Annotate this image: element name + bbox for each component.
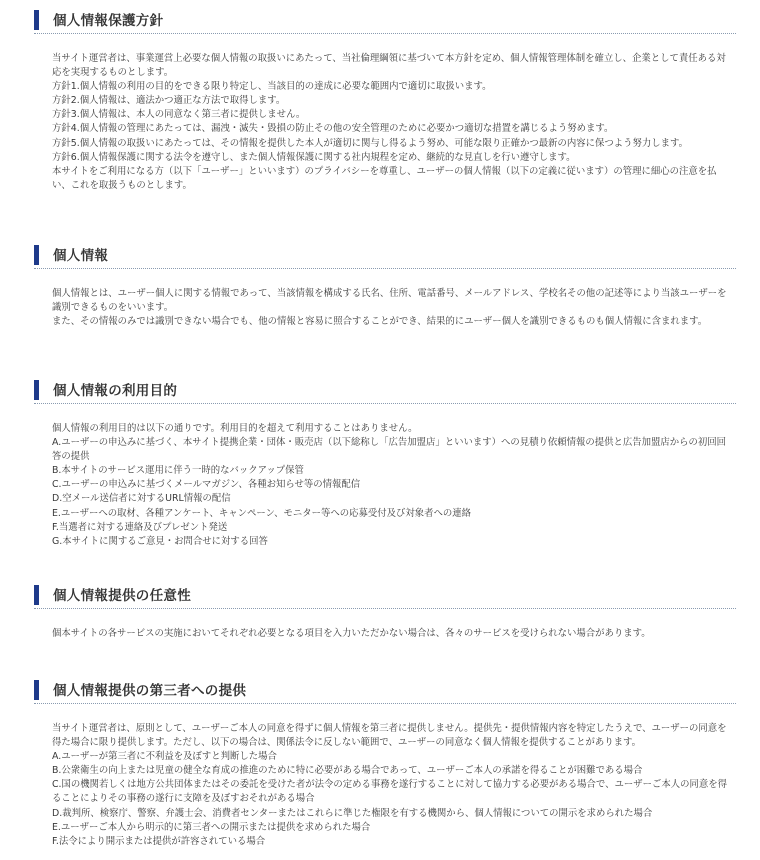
exception-item: F.法令により開示または提供が許容されている場合 [52, 835, 734, 849]
policy-item: 方針4.個人情報の管理にあたっては、漏洩・滅失・毀損の防止その他の安全管理のため… [52, 122, 734, 136]
paragraph: また、その情報のみでは識別できない場合でも、他の情報と容易に照合することができ、… [52, 315, 734, 329]
purpose-item: C.ユーザーの申込みに基づくメールマガジン、各種お知らせ等の情報配信 [52, 478, 734, 492]
purpose-item: B.本サイトのサービス運用に伴う一時的なバックアップ保管 [52, 464, 734, 478]
paragraph: 個人情報とは、ユーザー個人に関する情報であって、当該情報を構成する氏名、住所、電… [52, 287, 734, 315]
section-body: 個人情報とは、ユーザー個人に関する情報であって、当該情報を構成する氏名、住所、電… [34, 287, 736, 329]
heading-accent-bar [34, 680, 39, 700]
section-title: 個人情報提供の任意性 [53, 584, 191, 604]
section-heading: 個人情報の利用目的 [34, 377, 736, 404]
section-personal-information: 個人情報 個人情報とは、ユーザー個人に関する情報であって、当該情報を構成する氏名… [34, 242, 736, 329]
section-title: 個人情報 [53, 244, 108, 264]
section-title: 個人情報の利用目的 [53, 379, 177, 399]
exception-item: C.国の機関若しくは地方公共団体またはその委託を受けた者が法令の定める事務を遂行… [52, 778, 734, 806]
section-privacy-policy: 個人情報保護方針 当サイト運営者は、事業運営上必要な個人情報の取扱いにあたって、… [34, 7, 736, 193]
section-voluntary-provision: 個人情報提供の任意性 個本サイトの各サービスの実施においてそれぞれ必要となる項目… [34, 582, 736, 641]
policy-item: 方針6.個人情報保護に関する法令を遵守し、また個人情報保護に関する社内規程を定め… [52, 151, 734, 165]
purpose-item: A.ユーザーの申込みに基づく、本サイト提携企業・団体・販売店（以下総称し「広告加… [52, 436, 734, 464]
section-heading: 個人情報保護方針 [34, 7, 736, 34]
section-body: 当サイト運営者は、事業運営上必要な個人情報の取扱いにあたって、当社倫理綱領に基づ… [34, 52, 736, 193]
purpose-item: G.本サイトに関するご意見・お問合せに対する回答 [52, 535, 734, 549]
paragraph: 当サイト運営者は、事業運営上必要な個人情報の取扱いにあたって、当社倫理綱領に基づ… [52, 52, 734, 80]
heading-accent-bar [34, 245, 39, 265]
exception-item: B.公衆衛生の向上または児童の健全な育成の推進のために特に必要がある場合であって… [52, 764, 734, 778]
section-body: 個本サイトの各サービスの実施においてそれぞれ必要となる項目を入力いただかない場合… [34, 627, 736, 641]
section-purpose-of-use: 個人情報の利用目的 個人情報の利用目的は以下の通りです。利用目的を超えて利用する… [34, 377, 736, 549]
policy-item: 方針2.個人情報は、適法かつ適正な方法で取得します。 [52, 94, 734, 108]
paragraph: 当サイト運営者は、原則として、ユーザーご本人の同意を得ずに個人情報を第三者に提供… [52, 722, 734, 750]
policy-item: 方針1.個人情報の利用の目的をできる限り特定し、当該目的の達成に必要な範囲内で適… [52, 80, 734, 94]
exception-item: E.ユーザーご本人から明示的に第三者への開示または提供を求められた場合 [52, 821, 734, 835]
section-heading: 個人情報提供の第三者への提供 [34, 677, 736, 704]
paragraph: 個人情報の利用目的は以下の通りです。利用目的を超えて利用することはありません。 [52, 422, 734, 436]
purpose-item: F.当選者に対する連絡及びプレゼント発送 [52, 521, 734, 535]
purpose-item: D.空メール送信者に対するURL情報の配信 [52, 492, 734, 506]
section-heading: 個人情報 [34, 242, 736, 269]
section-body: 個人情報の利用目的は以下の通りです。利用目的を超えて利用することはありません。 … [34, 422, 736, 549]
section-heading: 個人情報提供の任意性 [34, 582, 736, 609]
exception-item: A.ユーザーが第三者に不利益を及ぼすと判断した場合 [52, 750, 734, 764]
heading-accent-bar [34, 380, 39, 400]
policy-item: 方針3.個人情報は、本人の同意なく第三者に提供しません。 [52, 108, 734, 122]
section-title: 個人情報保護方針 [53, 9, 163, 29]
exception-item: D.裁判所、検察庁、警察、弁護士会、消費者センターまたはこれらに準じた権限を有す… [52, 807, 734, 821]
section-third-party-provision: 個人情報提供の第三者への提供 当サイト運営者は、原則として、ユーザーご本人の同意… [34, 677, 736, 849]
heading-accent-bar [34, 585, 39, 605]
paragraph: 個本サイトの各サービスの実施においてそれぞれ必要となる項目を入力いただかない場合… [52, 627, 734, 641]
paragraph: 本サイトをご利用になる方（以下「ユーザー」といいます）のプライバシーを尊重し、ユ… [52, 165, 734, 193]
heading-accent-bar [34, 10, 39, 30]
section-title: 個人情報提供の第三者への提供 [53, 679, 246, 699]
section-body: 当サイト運営者は、原則として、ユーザーご本人の同意を得ずに個人情報を第三者に提供… [34, 722, 736, 849]
purpose-item: E.ユーザーへの取材、各種アンケート、キャンペーン、モニター等への応募受付及び対… [52, 507, 734, 521]
policy-item: 方針5.個人情報の取扱いにあたっては、その情報を提供した本人が適切に関与し得るよ… [52, 137, 734, 151]
